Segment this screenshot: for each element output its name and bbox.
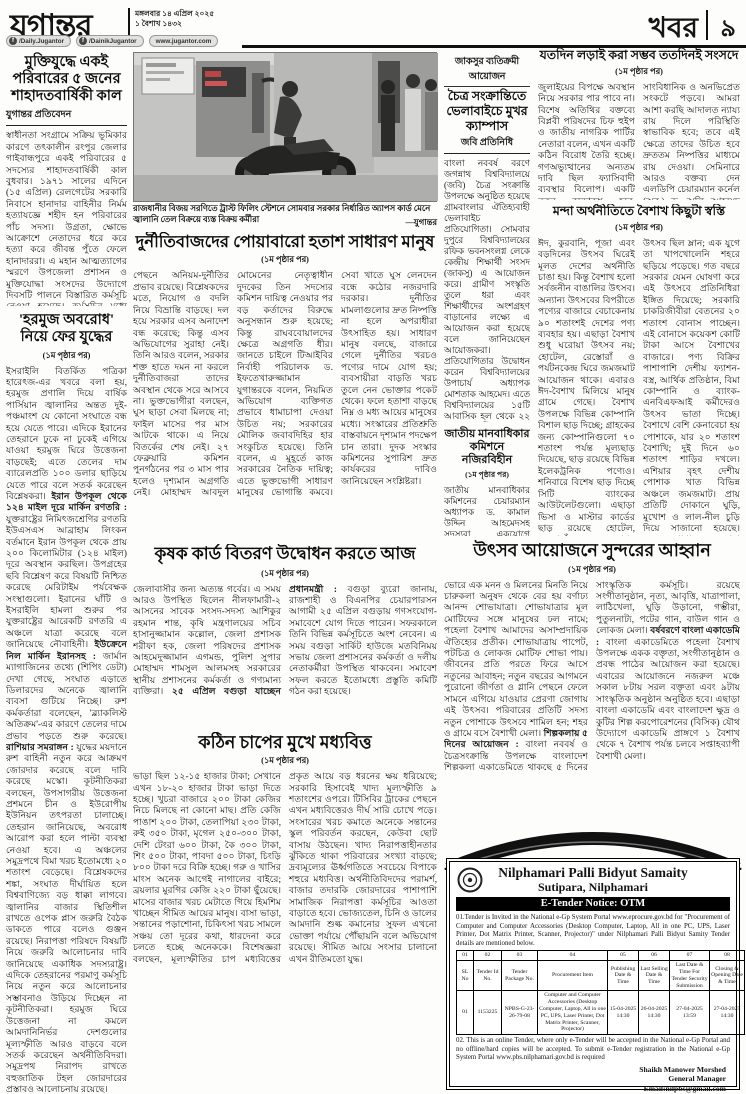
durniti-headline: দুর্নীতিবাজদের পোয়াবারো হতাশ সাধারণ মান… (133, 232, 437, 251)
utshob-headline: উৎসব আয়োজনে সুন্দরের আহ্বান (444, 540, 740, 561)
manobadhikar-continued-tag: (১ম পৃষ্ঠার পর) (444, 469, 530, 482)
article-monda: মন্দা অর্থনীতিতে বৈশাখ কিছুটা স্বস্তি (১… (538, 204, 740, 536)
col-header: Procurement Item (538, 961, 608, 991)
col-header: Publishing Date & Time (608, 961, 639, 991)
col-num: 05 (608, 951, 639, 961)
date-gregorian: মঙ্গলবার ১৪ এপ্রিল ২০২৫ (135, 9, 214, 19)
col-num: 08 (710, 951, 745, 961)
col-num: 02 (474, 951, 502, 961)
photo-caption: রাজধানীর বিজয় সরণিতে ট্রাস্ট ফিলিং স্টে… (133, 204, 437, 228)
tender-paragraph-2: 02. This is an online Tender, where only… (456, 1037, 730, 1063)
kothin-continued-tag: (১ম পৃষ্ঠার পর) (133, 754, 437, 768)
tender-signature: Shaikh Manower Morshed General Manager E… (454, 1065, 726, 1094)
jaksu-kicker: জাকসুর ব্যতিক্রমী আয়োজন (444, 54, 530, 87)
facebook-icon: f (79, 37, 87, 45)
tender-paragraph-1: 01.Tender is Invited in the National e-G… (456, 914, 730, 948)
jaksu-body: বাংলা নববর্ষ বরণে জগন্নাথ বিশ্ববিদ্যালয়… (444, 158, 530, 422)
jotodin-body: জুলাইয়ের বিপক্ষে অবস্থান নিয়ে সরকার পা… (538, 82, 740, 200)
kothin-body: ভাড়া ছিল ১২-১৫ হাজার টাকা; সেখানে এখন ১… (133, 771, 437, 1092)
fuel-station-photo (133, 52, 437, 202)
utshob-continued-tag: (১ম পৃষ্ঠার পর) (444, 563, 740, 577)
article-hormuz: 'হরমুজ অবরোধ' নিয়ে ফের যুদ্ধের (১ম পৃষ্… (6, 312, 127, 1094)
cell-sl-no: 01 (457, 991, 474, 1035)
jaksu-headline: চৈত্র সংক্রান্তিতে ভেলাবাইচে মুখর ক্যাম্… (444, 89, 530, 133)
tender-table: 01 02 03 04 05 06 07 08 SL No Tender Id … (456, 950, 745, 1035)
hormuz-body: ইসরাইলি বিতর্কিত পত্রিকা হারেৎজ-এর খবরে … (6, 366, 127, 1094)
col-num: 01 (457, 951, 474, 961)
muktijuddho-byline: যুগান্তর প্রতিবেদন (6, 108, 127, 126)
cell-last-selling-date: 26-04-2025 14:30 (639, 991, 670, 1035)
photo-credit: —যুগান্তর (406, 218, 438, 229)
col-num: 03 (502, 951, 538, 961)
tender-table-data-row: 01 1153225 NPBS-G-23-26-79-08 Computer a… (457, 991, 745, 1035)
signatory-email: Email:nilpbs@gmail.com (454, 1084, 726, 1094)
tender-box: Nilphamari Palli Bidyut Samaity Sutipara… (446, 858, 740, 1090)
col-header: SL No (457, 961, 474, 991)
masthead-badges: f /Daily.Jugantor f /DainikJugantor www.… (6, 35, 218, 47)
cell-publishing-date: 15-04-2025 14:30 (608, 991, 639, 1035)
article-kothin: কঠিন চাপের মুখে মধ্যবিত্ত (১ম পৃষ্ঠার পর… (133, 732, 437, 1092)
krishok-headline: কৃষক কার্ড বিতরণ উদ্বোধন করতে আজ (133, 544, 437, 564)
article-jaksu: জাকসুর ব্যতিক্রমী আয়োজন চৈত্র সংক্রান্ত… (444, 54, 530, 422)
durniti-body: পেছনে অনিয়ম-দুর্নীতির প্রভাব রয়েছে। বি… (133, 270, 437, 538)
badge-facebook-dainik-label: /DainikJugantor (89, 38, 137, 45)
col-header: Last Selling Date & Time (639, 961, 670, 991)
jotodin-continued-tag: (১ম পৃষ্ঠার পর) (538, 65, 740, 79)
cell-closing-opening-date: 27-04-2025 14:30 (710, 991, 745, 1035)
tender-table-header-row: SL No Tender Id No. Tender Package No. P… (457, 961, 745, 991)
badge-website[interactable]: www.jugantor.com (149, 35, 219, 47)
col-header: Tender Id No. (474, 961, 502, 991)
durniti-continued-tag: (১ম পৃষ্ঠার পর) (133, 253, 437, 267)
section-divider (706, 10, 708, 40)
article-jotodin: যতদিন লড়াই করা সম্ভব ততদিনই সংসদে (১ম প… (538, 48, 740, 200)
pbs-logo (457, 867, 483, 893)
article-manobadhikar: জাতীয় মানবাধিকার কমিশনে নজিরবিহীন (১ম প… (444, 428, 530, 536)
article-mukti-o-hormuz-column: মুক্তিযুদ্ধে একই পরিবারের ৫ জনের শাহাদতব… (6, 54, 127, 1090)
page-number: ৯ (720, 10, 736, 50)
kothin-headline: কঠিন চাপের মুখে মধ্যবিত্ত (133, 732, 437, 753)
col-header: Closing & Opening Date & Time (710, 961, 745, 991)
utshob-body: ভোরে এক মনন ও মিলনের মিনতি নিয়ে চারুকলা… (444, 580, 740, 820)
tender-org-name: Nilphamari Palli Bidyut Samaity (454, 865, 732, 880)
article-utshob: উৎসব আয়োজনে সুন্দরের আহ্বান (১ম পৃষ্ঠার… (444, 540, 740, 820)
col-num: 07 (670, 951, 710, 961)
col-header: Tender Package No. (502, 961, 538, 991)
masthead-divider (128, 8, 130, 35)
article-durniti: দুর্নীতিবাজদের পোয়াবারো হতাশ সাধারণ মান… (133, 232, 437, 538)
cell-procurement-item: Computer and Computer Accessories (Deskt… (538, 991, 608, 1035)
tender-notice-bar: E-Tender Notice: OTM (456, 897, 730, 911)
cell-tender-id: 1153225 (474, 991, 502, 1035)
jotodin-headline: যতদিন লড়াই করা সম্ভব ততদিনই সংসদে (538, 48, 740, 63)
muktijuddho-headline: মুক্তিযুদ্ধে একই পরিবারের ৫ জনের শাহাদতব… (6, 54, 127, 105)
krishok-continued-tag: (১ম পৃষ্ঠার পর) (133, 567, 437, 581)
badge-website-label: www.jugantor.com (156, 38, 212, 45)
facebook-icon: f (9, 37, 17, 45)
monda-headline: মন্দা অর্থনীতিতে বৈশাখ কিছুটা স্বস্তি (538, 204, 740, 219)
fuel-station-photo-illustration (134, 53, 438, 201)
newspaper-page: যুগান্তর মঙ্গলবার ১৪ এপ্রিল ২০২৫ ১ বৈশাখ… (0, 0, 746, 1094)
col-num: 06 (639, 951, 670, 961)
manobadhikar-body: জাতীয় মানবাধিকার কমিশনের চেয়ারম্যান অধ… (444, 485, 530, 536)
monda-continued-tag: (১ম পৃষ্ঠার পর) (538, 221, 740, 235)
muktijuddho-body: স্বাধীনতা সংগ্রামে সক্রিয় ভূমিকার কারণে… (6, 130, 127, 306)
masthead-dates: মঙ্গলবার ১৪ এপ্রিল ২০২৫ ১ বৈশাখ ১৪৩২ (135, 9, 214, 29)
manobadhikar-headline: জাতীয় মানবাধিকার কমিশনে নজিরবিহীন (444, 428, 530, 467)
monda-body: ঈদ, কুরবানি, পূজা এবং বড়দিনের উৎসব ঘিরে… (538, 238, 740, 536)
date-bengali: ১ বৈশাখ ১৪৩২ (135, 19, 214, 29)
tender-table-number-row: 01 02 03 04 05 06 07 08 (457, 951, 745, 961)
badge-facebook-daily-label: /Daily.Jugantor (19, 38, 64, 45)
cell-security-submission-date: 27-04-2025 13:59 (670, 991, 710, 1035)
col-header: Last Date & Time For Tender Security Sub… (670, 961, 710, 991)
tender-notice-ad: Nilphamari Palli Bidyut Samaity Sutipara… (444, 822, 742, 1092)
signatory-name: Shaikh Manower Morshed (454, 1065, 726, 1075)
hormuz-headline: 'হরমুজ অবরোধ' নিয়ে ফের যুদ্ধের (6, 312, 127, 346)
krishok-body: জেলাবাসীর জন্য অত্যন্ত গর্বের। এ সময় আর… (133, 584, 437, 726)
badge-facebook-dainik[interactable]: f /DainikJugantor (76, 35, 144, 47)
middle-band: রাজধানীর বিজয় সরণিতে ট্রাস্ট ফিলিং স্টে… (133, 52, 437, 1092)
photo-caption-text: রাজধানীর বিজয় সরণিতে ট্রাস্ট ফিলিং স্টে… (133, 204, 430, 224)
jaksu-byline: জবি প্রতিনিধি (444, 136, 530, 154)
article-muktijuddho: মুক্তিযুদ্ধে একই পরিবারের ৫ জনের শাহাদতব… (6, 54, 127, 306)
cell-package-no: NPBS-G-23-26-79-08 (502, 991, 538, 1035)
badge-facebook-daily[interactable]: f /Daily.Jugantor (6, 35, 71, 47)
tender-org-address: Sutipara, Nilphamari (454, 880, 732, 894)
article-krishok: কৃষক কার্ড বিতরণ উদ্বোধন করতে আজ (১ম পৃষ… (133, 544, 437, 725)
hormuz-continued-tag: (১ম পৃষ্ঠার পর) (6, 349, 127, 363)
col-num: 04 (538, 951, 608, 961)
signatory-title: General Manager (454, 1074, 726, 1084)
